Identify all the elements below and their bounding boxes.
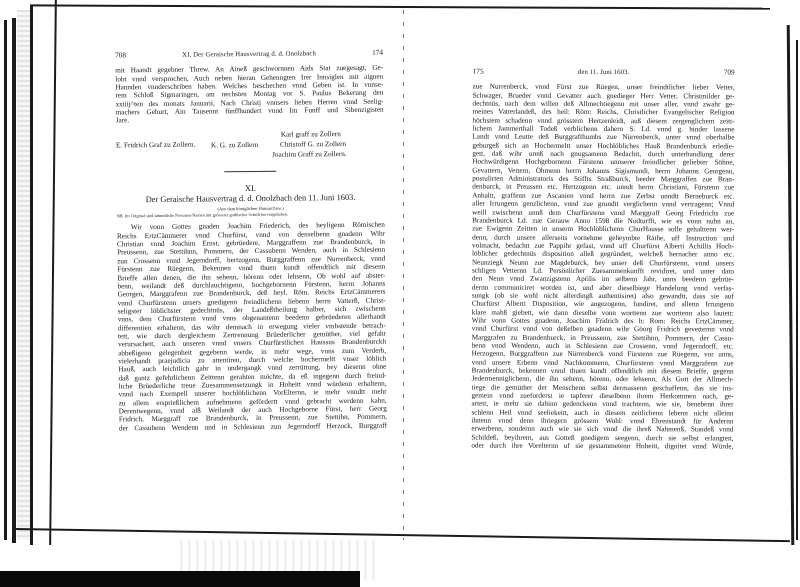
book-edge-right bbox=[796, 40, 798, 540]
left-page: 708 XI. Der Geraische Hausvertrag d. d. … bbox=[115, 49, 387, 433]
signature: Karl graff zu Zollern bbox=[281, 130, 341, 139]
left-original-page-number: 174 bbox=[372, 49, 383, 57]
right-page-number: 709 bbox=[724, 68, 735, 76]
page-stack-shading bbox=[17, 10, 30, 540]
scan-border-bottom bbox=[0, 571, 360, 587]
closing-paragraph: mit Haandt gegebner Threw. An Aineß gesc… bbox=[115, 64, 384, 125]
left-running-head: 708 XI. Der Geraische Hausvertrag d. d. … bbox=[115, 49, 383, 61]
signature: Joachim Graff zu Zollern. bbox=[272, 150, 347, 159]
document-body-right: zue Nurrenberck, vnnd Fürst zue Rüegen, … bbox=[471, 83, 734, 451]
left-running-title: XI. Der Geraische Hausvertrag d. d. Onol… bbox=[126, 50, 372, 61]
book-edge-left-outer bbox=[4, 20, 7, 540]
page-edge-top bbox=[30, 4, 770, 9]
right-original-page-number: 175 bbox=[473, 68, 484, 76]
signature: Christoff G. zu Zollern bbox=[280, 140, 346, 149]
text-line: aller Irrungenn genzlichenn, vnnd zue gr… bbox=[472, 200, 734, 209]
signature-block: E. Fridrich Graf zu Zollern. K. G. zu Zo… bbox=[116, 129, 384, 166]
text-line: löblicher gedechtnüs disposition alleß g… bbox=[472, 250, 734, 259]
left-page-number: 708 bbox=[115, 51, 126, 59]
text-line: den Neun vnnd Zwanzigstenn Aprilis im se… bbox=[472, 275, 734, 284]
scanned-book-spread: 708 XI. Der Geraische Hausvertrag d. d. … bbox=[0, 0, 800, 587]
book-edge-left-inner bbox=[30, 5, 33, 545]
document-body-left: Wir vonn Gottes gnaden Joachim Friederic… bbox=[117, 221, 387, 432]
signature: E. Fridrich Graf zu Zollern. bbox=[116, 140, 196, 149]
text-line: zue Ewigenn Zeitten in unserm Hochlöblic… bbox=[472, 225, 734, 234]
signature: K. G. zu Zollern bbox=[211, 141, 258, 150]
text-line: oder durch ihre Vorelternn uf sie gestam… bbox=[471, 442, 733, 451]
right-running-title: den 11. Juni 1603. bbox=[484, 69, 724, 78]
right-page: 175 den 11. Juni 1603. 709 zue Nurrenber… bbox=[471, 68, 734, 451]
book-gutter bbox=[403, 10, 404, 540]
section-divider bbox=[224, 170, 276, 172]
book-edge-left-mid bbox=[12, 18, 16, 543]
document-number: XI. bbox=[116, 182, 384, 193]
page-edge-right bbox=[787, 25, 795, 545]
right-running-head: 175 den 11. Juni 1603. 709 bbox=[473, 68, 735, 78]
page-edge-left bbox=[49, 0, 57, 545]
document-title: Der Geraische Hausvertrag d. d. Onolzbac… bbox=[117, 194, 385, 205]
